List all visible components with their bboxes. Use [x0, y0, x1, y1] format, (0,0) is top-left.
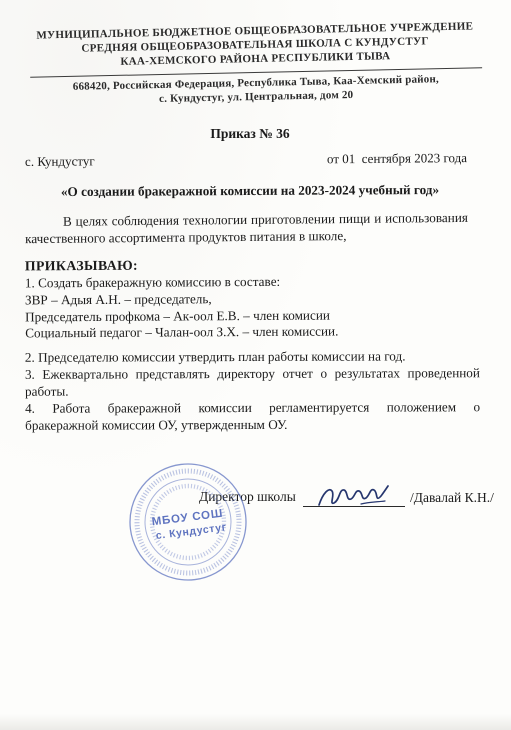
handwritten-signature	[315, 481, 393, 515]
preamble-line: качественного ассортимента продуктов пит…	[25, 226, 468, 247]
order-subject: «О создании бракеражной комиссии на 2023…	[0, 182, 500, 201]
stamp-microtext-ring-outer	[131, 465, 245, 579]
directive-item-4-line: бракеражной комиссии ОУ, утвержденным ОУ…	[25, 415, 480, 434]
signature-name: /Давалай К.Н./	[410, 490, 494, 506]
directive-item-2: 2. Председателю комиссии утвердить план …	[25, 347, 480, 366]
order-preamble: В целях соблюдения технологии приготовле…	[25, 209, 468, 247]
commission-member: Социальный педагог – Чалан-оол З.Х. – чл…	[25, 323, 480, 343]
stamp-outer-ring	[123, 457, 252, 586]
directive-item-4-line: 4. Работа бракеражной комиссии регламент…	[25, 398, 480, 417]
place-date-row: с. Кундустуг от 01 сентября 2023 года	[25, 150, 467, 170]
stamp-center-text: с. Кундустуг	[155, 521, 227, 542]
document-page: МУНИЦИПАЛЬНОЕ БЮДЖЕТНОЕ ОБЩЕОБРАЗОВАТЕЛЬ…	[0, 0, 511, 730]
order-place: с. Кундустуг	[25, 153, 95, 170]
order-number-title: Приказ № 36	[0, 126, 500, 142]
directive-section: ПРИКАЗЫВАЮ: 1. Создать бракеражную комис…	[25, 254, 481, 343]
letterhead: МУНИЦИПАЛЬНОЕ БЮДЖЕТНОЕ ОБЩЕОБРАЗОВАТЕЛЬ…	[0, 19, 511, 110]
directive-item-3-line: 3. Ежеквартально представлять директору …	[25, 364, 480, 383]
order-date: от 01 сентября 2023 года	[327, 150, 467, 167]
directive-items: 2. Председателю комиссии утвердить план …	[25, 347, 480, 434]
signature-role: Директор школы	[199, 489, 296, 505]
stamp-center-text: МБОУ СОШ	[151, 508, 224, 529]
official-round-stamp: МБОУ СОШ с. Кундустуг	[119, 452, 257, 592]
directive-item-3-line: работы.	[25, 381, 480, 400]
